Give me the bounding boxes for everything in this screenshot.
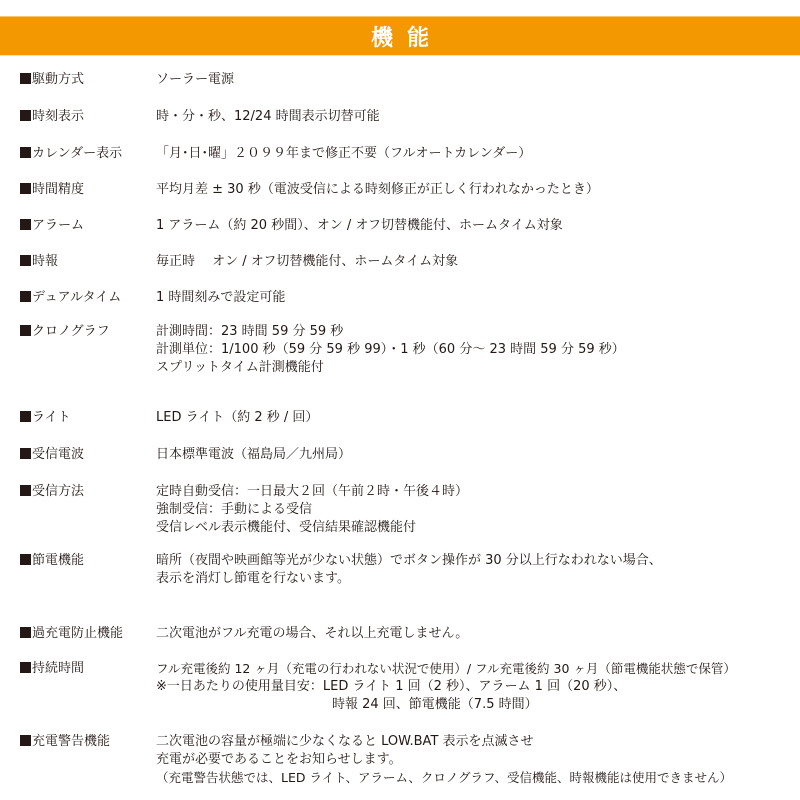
section-header: 機能 xyxy=(0,16,800,56)
spec-value: 日本標準電波（福島局／九州局） xyxy=(156,446,796,464)
square-bullet-icon xyxy=(20,325,31,336)
spec-value: 時・分・秒、12/24 時間表示切替可能 xyxy=(156,108,796,126)
spec-label: 受信電波 xyxy=(32,447,84,462)
spec-label: 過充電防止機能 xyxy=(32,626,123,641)
spec-value: 定時自動受信：一日最大２回（午前２時・午後４時） 強制受信：手動による受信 受信… xyxy=(156,483,796,537)
spec-value: ソーラー電源 xyxy=(156,71,796,89)
spec-label: 持続時間 xyxy=(32,661,84,676)
spec-value: 平均月差 ± 30 秒（電波受信による時刻修正が正しく行われなかったとき） xyxy=(156,181,796,199)
spec-value: 1 時間刻みで設定可能 xyxy=(156,289,796,307)
square-bullet-icon xyxy=(20,147,31,158)
spec-value: 二次電池の容量が極端に少なくなると LOW.BAT 表示を点滅させ 充電が必要で… xyxy=(156,733,796,787)
spec-label: アラーム xyxy=(32,218,84,233)
spec-label: 時間精度 xyxy=(32,182,84,197)
section-title: 機能 xyxy=(357,21,443,52)
square-bullet-icon xyxy=(20,219,31,230)
spec-value: 1 アラーム（約 20 秒間）、オン / オフ切替機能付、ホームタイム対象 xyxy=(156,217,796,235)
square-bullet-icon xyxy=(20,73,31,84)
spec-label: デュアルタイム xyxy=(32,290,121,305)
spec-label: カレンダー表示 xyxy=(32,146,122,161)
spec-label: 時報 xyxy=(32,254,58,269)
square-bullet-icon xyxy=(20,735,31,746)
spec-value: 毎正時 オン / オフ切替機能付、ホームタイム対象 xyxy=(156,253,796,271)
square-bullet-icon xyxy=(20,627,31,638)
square-bullet-icon xyxy=(20,554,31,565)
spec-value: 二次電池がフル充電の場合、それ以上充電しません。 xyxy=(156,625,796,643)
square-bullet-icon xyxy=(20,183,31,194)
square-bullet-icon xyxy=(20,448,31,459)
square-bullet-icon xyxy=(20,411,31,422)
square-bullet-icon xyxy=(20,662,31,673)
spec-label: 駆動方式 xyxy=(32,72,84,87)
square-bullet-icon xyxy=(20,110,31,121)
spec-label: 時刻表示 xyxy=(32,109,84,124)
spec-value: 暗所（夜間や映画館等光が少ない状態）でボタン操作が 30 分以上行なわれない場合… xyxy=(156,552,796,588)
spec-value: 計測時間：23 時間 59 分 59 秒 計測単位：1/100 秒（59 分 5… xyxy=(156,323,796,377)
spec-label: クロノグラフ xyxy=(32,324,110,339)
square-bullet-icon xyxy=(20,291,31,302)
square-bullet-icon xyxy=(20,485,31,496)
spec-value: LED ライト（約 2 秒 / 回） xyxy=(156,409,796,427)
spec-value: フル充電後約 12 ヶ月（充電の行われない状況で使用）/ フル充電後約 30 ヶ… xyxy=(156,660,796,714)
spec-label: ライト xyxy=(32,410,71,425)
spec-label: 受信方法 xyxy=(32,484,84,499)
square-bullet-icon xyxy=(20,255,31,266)
spec-label: 節電機能 xyxy=(32,553,84,568)
spec-value: 「月･日･曜」２０９９年まで修正不要（フルオートカレンダー） xyxy=(156,145,796,163)
spec-label: 充電警告機能 xyxy=(32,734,110,749)
